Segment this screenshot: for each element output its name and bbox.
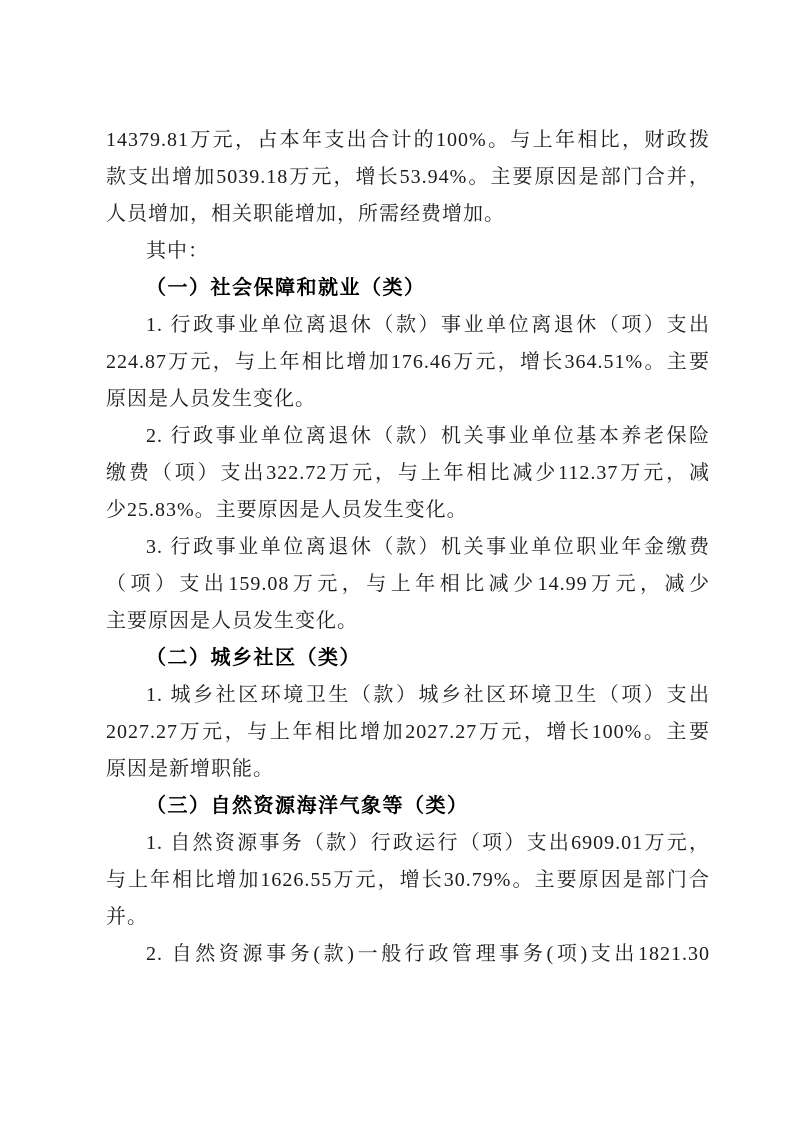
body-text-line: 2. 自然资源事务(款)一般行政管理事务(项)支出1821.30 <box>106 936 710 973</box>
body-text-line: 其中： <box>106 233 710 270</box>
section-heading-line: （二）城乡社区（类） <box>106 640 710 677</box>
body-text-line: 款支出增加5039.18万元，增长53.94%。主要原因是部门合并， <box>106 159 710 196</box>
body-text-line: 主要原因是人员发生变化。 <box>106 603 710 640</box>
body-text-line: 原因是人员发生变化。 <box>106 381 710 418</box>
body-text-line: 与上年相比增加1626.55万元，增长30.79%。主要原因是部门合 <box>106 862 710 899</box>
section-heading-line: （一）社会保障和就业（类） <box>106 270 710 307</box>
body-text-line: 并。 <box>106 899 710 936</box>
section-heading-line: （三）自然资源海洋气象等（类） <box>106 788 710 825</box>
body-text-line: 1. 自然资源事务（款）行政运行（项）支出6909.01万元， <box>106 825 710 862</box>
body-text-line: 2. 行政事业单位离退休（款）机关事业单位基本养老保险 <box>106 418 710 455</box>
body-text-line: （项）支出159.08万元，与上年相比减少14.99万元，减少8.61%。 <box>106 566 710 603</box>
body-text-line: 缴费（项）支出322.72万元，与上年相比减少112.37万元，减 <box>106 455 710 492</box>
body-text-line: 14379.81万元，占本年支出合计的100%。与上年相比，财政拨 <box>106 122 710 159</box>
body-text-line: 人员增加，相关职能增加，所需经费增加。 <box>106 196 710 233</box>
body-text-line: 1. 行政事业单位离退休（款）事业单位离退休（项）支出 <box>106 307 710 344</box>
body-text-line: 2027.27万元，与上年相比增加2027.27万元，增长100%。主要 <box>106 714 710 751</box>
document-body: 14379.81万元，占本年支出合计的100%。与上年相比，财政拨款支出增加50… <box>106 122 710 973</box>
body-text-line: 少25.83%。主要原因是人员发生变化。 <box>106 492 710 529</box>
body-text-line: 1. 城乡社区环境卫生（款）城乡社区环境卫生（项）支出 <box>106 677 710 714</box>
body-text-line: 原因是新增职能。 <box>106 751 710 788</box>
body-text-line: 224.87万元，与上年相比增加176.46万元，增长364.51%。主要 <box>106 344 710 381</box>
body-text-line: 3. 行政事业单位离退休（款）机关事业单位职业年金缴费 <box>106 529 710 566</box>
document-page: 14379.81万元，占本年支出合计的100%。与上年相比，财政拨款支出增加50… <box>0 0 793 1122</box>
